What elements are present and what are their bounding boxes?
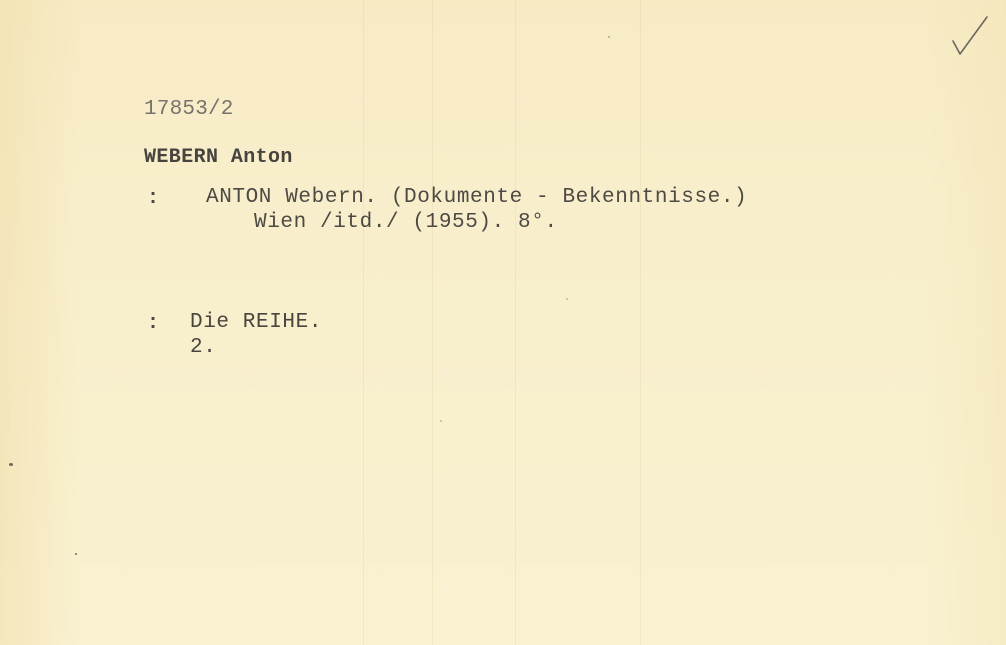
paper-speck (9, 463, 13, 466)
check-mark-icon (950, 14, 990, 58)
entry-marker: : (147, 312, 159, 335)
paper-speck (440, 420, 442, 422)
paper-fiber (432, 0, 433, 645)
paper-fiber (515, 0, 516, 645)
paper-speck (75, 553, 77, 555)
paper-fiber (363, 0, 364, 645)
author-heading: WEBERN Anton (144, 148, 293, 168)
title-line: ANTON Webern. (Dokumente - Bekenntnisse.… (206, 187, 747, 208)
series-line: Die REIHE. (190, 312, 322, 333)
entry-marker: : (147, 187, 159, 210)
catalog-card: 17853/2 WEBERN Anton : ANTON Webern. (Do… (0, 0, 1006, 645)
call-number: 17853/2 (144, 99, 234, 120)
paper-fiber (640, 0, 641, 645)
series-number-line: 2. (190, 337, 216, 358)
paper-speck (566, 298, 568, 300)
imprint-line: Wien /itd./ (1955). 8°. (254, 212, 558, 233)
paper-speck (608, 36, 610, 38)
